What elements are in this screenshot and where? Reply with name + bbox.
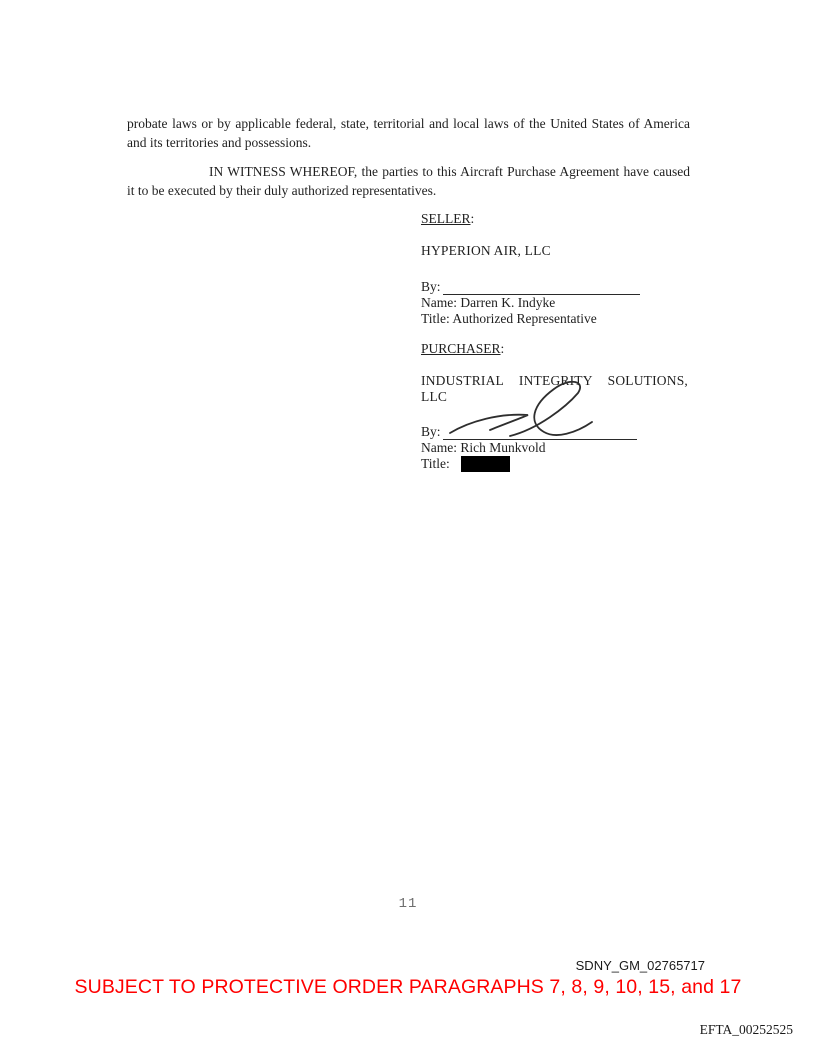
body-paragraph-probate-laws: probate laws or by applicable federal, s… (127, 115, 690, 152)
purchaser-name-line: Name: Rich Munkvold (421, 440, 688, 456)
seller-heading: SELLER: (421, 211, 688, 227)
seller-title-line: Title: Authorized Representative (421, 311, 688, 327)
seller-heading-text: SELLER (421, 211, 471, 226)
purchaser-heading: PURCHASER: (421, 341, 688, 357)
seller-signature-line (443, 281, 640, 295)
seller-heading-colon: : (471, 211, 475, 226)
purchaser-company-word-1: INDUSTRIAL (421, 373, 504, 389)
purchaser-heading-text: PURCHASER (421, 341, 501, 356)
document-page: probate laws or by applicable federal, s… (0, 0, 816, 1056)
purchaser-title-row: Title: (421, 456, 688, 472)
purchaser-by-row: By: (421, 424, 637, 440)
seller-by-row: By: (421, 279, 640, 295)
purchaser-signature-line (443, 426, 637, 440)
body-paragraph-witness-whereof: IN WITNESS WHEREOF, the parties to this … (127, 163, 690, 200)
purchaser-by-label: By: (421, 424, 441, 440)
page-number: 11 (0, 896, 816, 912)
seller-by-label: By: (421, 279, 441, 295)
seller-company-name: HYPERION AIR, LLC (421, 243, 688, 259)
bates-stamp-sdny: SDNY_GM_02765717 (576, 958, 705, 973)
protective-order-notice: SUBJECT TO PROTECTIVE ORDER PARAGRAPHS 7… (0, 976, 816, 999)
purchaser-company-word-3: SOLUTIONS, (608, 373, 688, 389)
purchaser-heading-colon: : (501, 341, 505, 356)
purchaser-title-label: Title: (421, 456, 450, 472)
purchaser-company-name: INDUSTRIAL INTEGRITY SOLUTIONS, (421, 373, 688, 389)
purchaser-company-name-line2: LLC (421, 389, 688, 405)
redaction-box (461, 456, 510, 472)
seller-name-line: Name: Darren K. Indyke (421, 295, 688, 311)
bates-stamp-efta: EFTA_00252525 (700, 1022, 793, 1038)
purchaser-company-word-2: INTEGRITY (519, 373, 593, 389)
signature-column: SELLER: HYPERION AIR, LLC By: Name: Darr… (421, 211, 688, 472)
